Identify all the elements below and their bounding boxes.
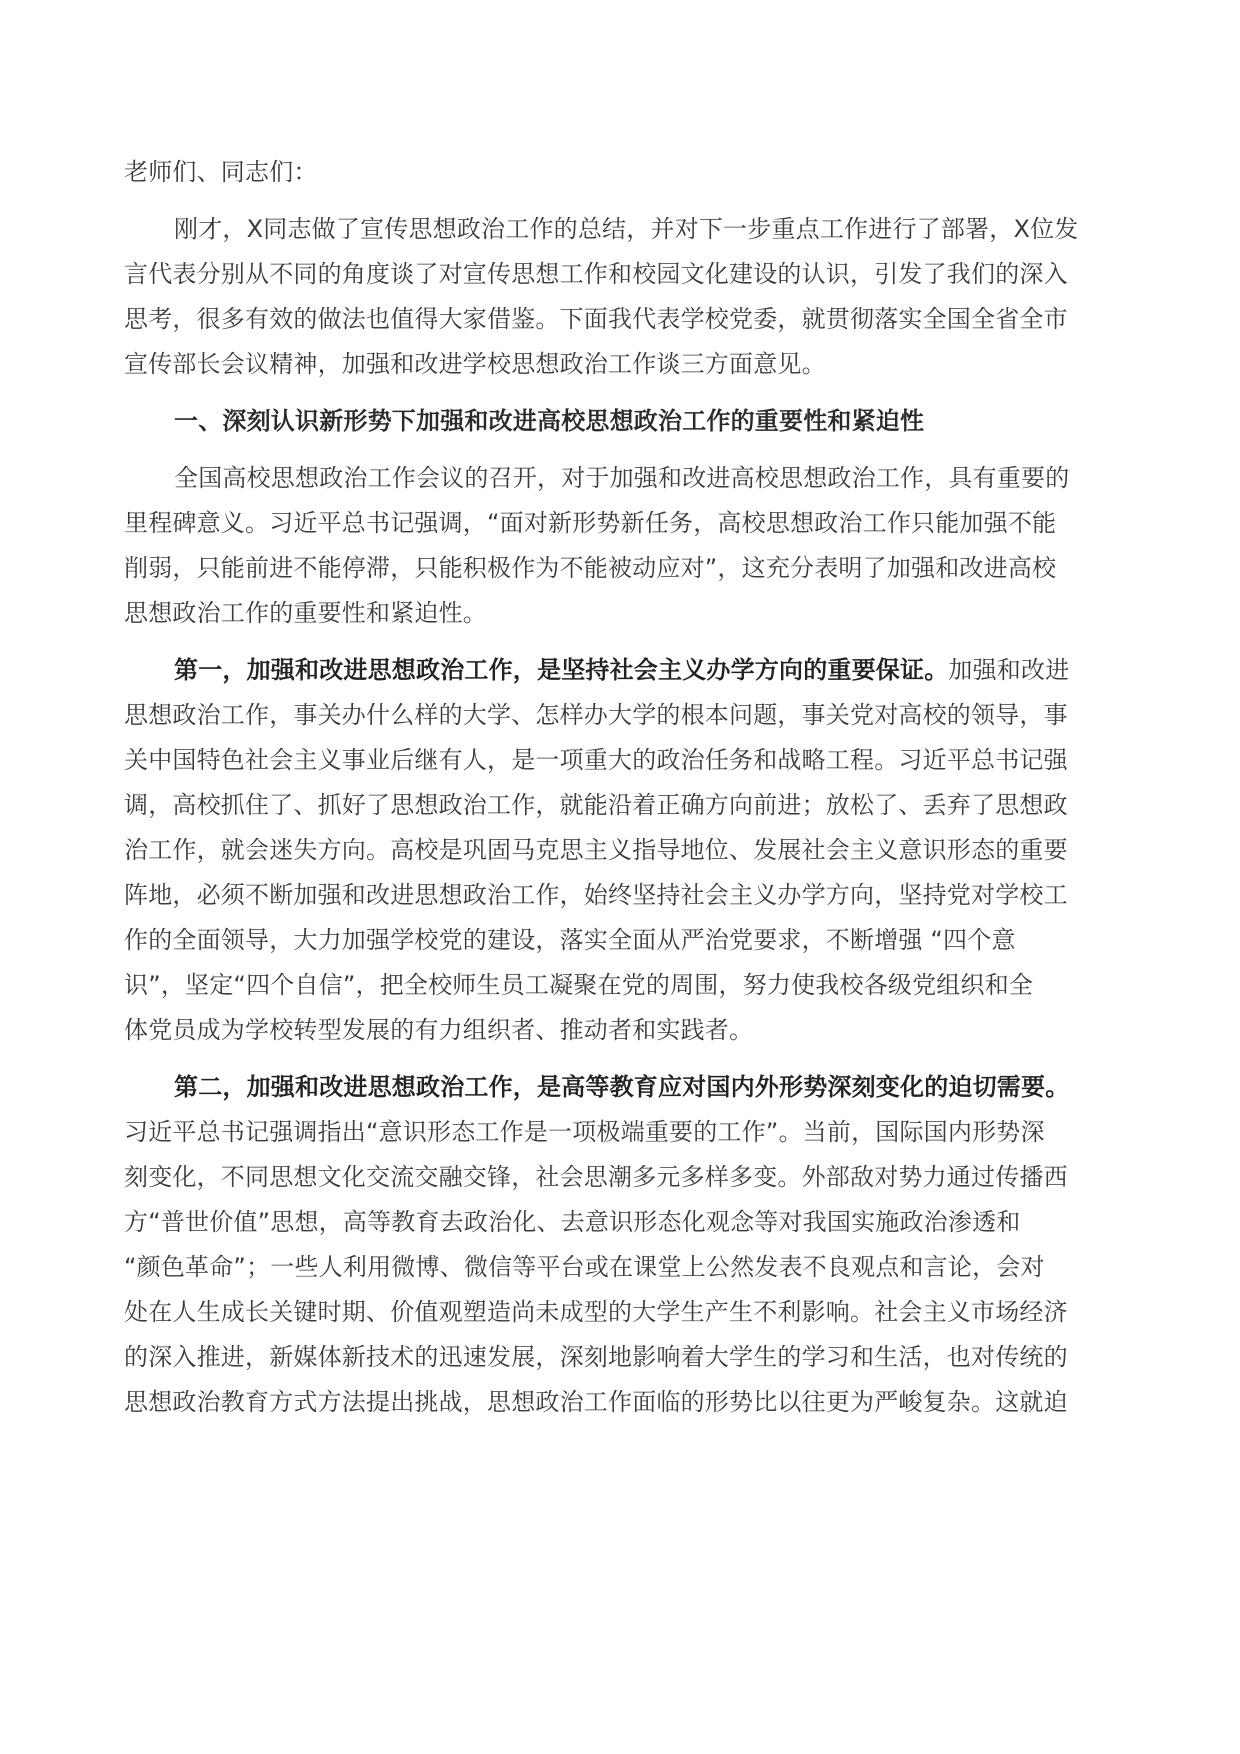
text-line: 习近平总书记强调指出“意识形态工作是一项极端重要的工作”。当前，国际国内形势深: [124, 1110, 1116, 1155]
text-line: 的深入推进，新媒体新技术的迅速发展，深刻地影响着大学生的学习和生活，也对传统的: [124, 1335, 1116, 1380]
text-line: 思考，很多有效的做法也值得大家借鉴。下面我代表学校党委，就贯彻落实全国全省全市: [124, 297, 1116, 342]
text-line: “颜色革命”；一些人利用微博、微信等平台或在课堂上公然发表不良观点和言论，会对: [124, 1245, 1116, 1290]
section-heading: 一、深刻认识新形势下加强和改进高校思想政治工作的重要性和紧迫性: [124, 399, 1116, 444]
text-line: 处在人生成长关键时期、价值观塑造尚未成型的大学生产生不利影响。社会主义市场经济: [124, 1290, 1116, 1335]
text-line: 阵地，必须不断加强和改进思想政治工作，始终坚持社会主义办学方向，坚持党对学校工: [124, 873, 1116, 918]
text-line: 言代表分别从不同的角度谈了对宣传思想工作和校园文化建设的认识，引发了我们的深入: [124, 252, 1116, 297]
document-body: 老师们、同志们： 刚才，X同志做了宣传思想政治工作的总结，并对下一步重点工作进行…: [124, 150, 1116, 1437]
point-one-paragraph: 第一，加强和改进思想政治工作，是坚持社会主义办学方向的重要保证。加强和改进 思想…: [124, 648, 1116, 1053]
text-line: 刚才，X同志做了宣传思想政治工作的总结，并对下一步重点工作进行了部署，X位发: [124, 207, 1116, 252]
document-page: 老师们、同志们： 刚才，X同志做了宣传思想政治工作的总结，并对下一步重点工作进行…: [0, 0, 1240, 1754]
opening-paragraph: 刚才，X同志做了宣传思想政治工作的总结，并对下一步重点工作进行了部署，X位发 言…: [124, 207, 1116, 387]
point-two-paragraph: 第二，加强和改进思想政治工作，是高等教育应对国内外形势深刻变化的迫切需要。 习近…: [124, 1065, 1116, 1425]
text-line: 第一，加强和改进思想政治工作，是坚持社会主义办学方向的重要保证。加强和改进: [124, 648, 1116, 693]
point-lead: 第一，加强和改进思想政治工作，是坚持社会主义办学方向的重要保证。: [174, 656, 948, 684]
text-line: 治工作，就会迷失方向。高校是巩固马克思主义指导地位、发展社会主义意识形态的重要: [124, 828, 1116, 873]
point-lead: 第二，加强和改进思想政治工作，是高等教育应对国内外形势深刻变化的迫切需要。: [124, 1065, 1116, 1110]
text-line: 刻变化，不同思想文化交流交融交锋，社会思潮多元多样多变。外部敌对势力通过传播西: [124, 1155, 1116, 1200]
salutation: 老师们、同志们：: [124, 150, 1116, 195]
text-line: 识”，坚定“四个自信”，把全校师生员工凝聚在党的周围，努力使我校各级党组织和全: [124, 963, 1116, 1008]
text-line: 里程碑意义。习近平总书记强调，“面对新形势新任务，高校思想政治工作只能加强不能: [124, 501, 1116, 546]
text-line: 全国高校思想政治工作会议的召开，对于加强和改进高校思想政治工作，具有重要的: [124, 456, 1116, 501]
section-intro-paragraph: 全国高校思想政治工作会议的召开，对于加强和改进高校思想政治工作，具有重要的 里程…: [124, 456, 1116, 636]
text-line: 宣传部长会议精神，加强和改进学校思想政治工作谈三方面意见。: [124, 342, 1116, 387]
text-line: 思想政治工作的重要性和紧迫性。: [124, 591, 1116, 636]
text-line: 思想政治教育方式方法提出挑战，思想政治工作面临的形势比以往更为严峻复杂。这就迫: [124, 1380, 1116, 1425]
text-line: 方“普世价值”思想，高等教育去政治化、去意识形态化观念等对我国实施政治渗透和: [124, 1200, 1116, 1245]
text-line: 体党员成为学校转型发展的有力组织者、推动者和实践者。: [124, 1008, 1116, 1053]
point-text: 加强和改进: [948, 656, 1069, 684]
text-line: 削弱，只能前进不能停滞，只能积极作为不能被动应对”，这充分表明了加强和改进高校: [124, 546, 1116, 591]
text-line: 思想政治工作，事关办什么样的大学、怎样办大学的根本问题，事关党对高校的领导，事: [124, 693, 1116, 738]
text-line: 关中国特色社会主义事业后继有人，是一项重大的政治任务和战略工程。习近平总书记强: [124, 738, 1116, 783]
text-line: 作的全面领导，大力加强学校党的建设，落实全面从严治党要求，不断增强 “四个意: [124, 918, 1116, 963]
text-line: 调，高校抓住了、抓好了思想政治工作，就能沿着正确方向前进；放松了、丢弃了思想政: [124, 783, 1116, 828]
